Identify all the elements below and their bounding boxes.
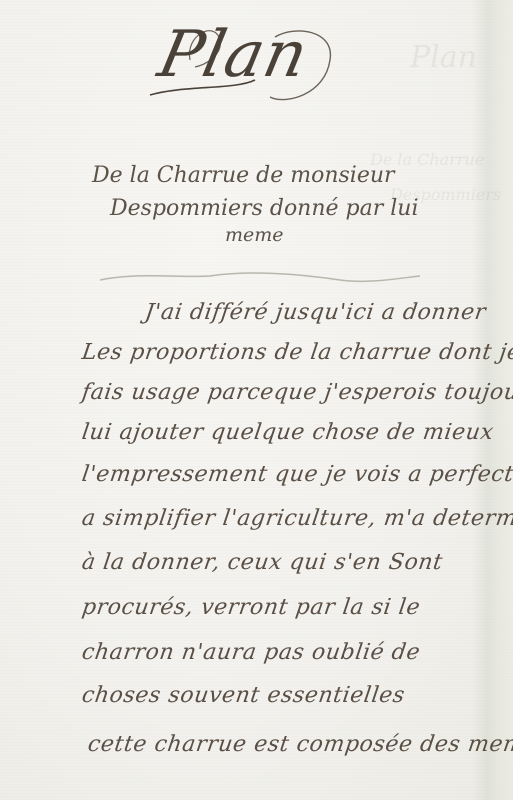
body-line: fais usage parceque j'esperois toujours	[80, 380, 513, 405]
body-line: procurés, verront par la si le	[80, 595, 422, 620]
body-line: charron n'aura pas oublié de	[80, 640, 422, 665]
subtitle-line: meme	[225, 224, 284, 246]
body-line: Les proportions de la charrue dont je	[80, 340, 513, 365]
page-title: Plan	[152, 18, 315, 92]
body-line: cette charrue est composée des memes	[86, 732, 513, 757]
subtitle-line: Despommiers donné par lui	[110, 196, 418, 221]
bleed-through-fragment: Plan	[410, 40, 477, 75]
subtitle-line: De la Charrue de monsieur	[92, 163, 395, 188]
body-line: à la donner, ceux qui s'en Sont	[80, 550, 444, 575]
manuscript-page: Plan De la Charrue Despommiers Plan De l…	[0, 0, 513, 800]
body-line: choses souvent essentielles	[80, 683, 406, 708]
body-line: lui ajouter quelque chose de mieux	[80, 420, 495, 445]
body-line: a simplifier l'agriculture, m'a determin…	[80, 506, 513, 531]
body-line: J'ai différé jusqu'ici a donner	[143, 300, 487, 325]
separator-flourish-icon	[100, 268, 420, 288]
body-line: l'empressement que je vois a perfectionn…	[80, 462, 513, 487]
